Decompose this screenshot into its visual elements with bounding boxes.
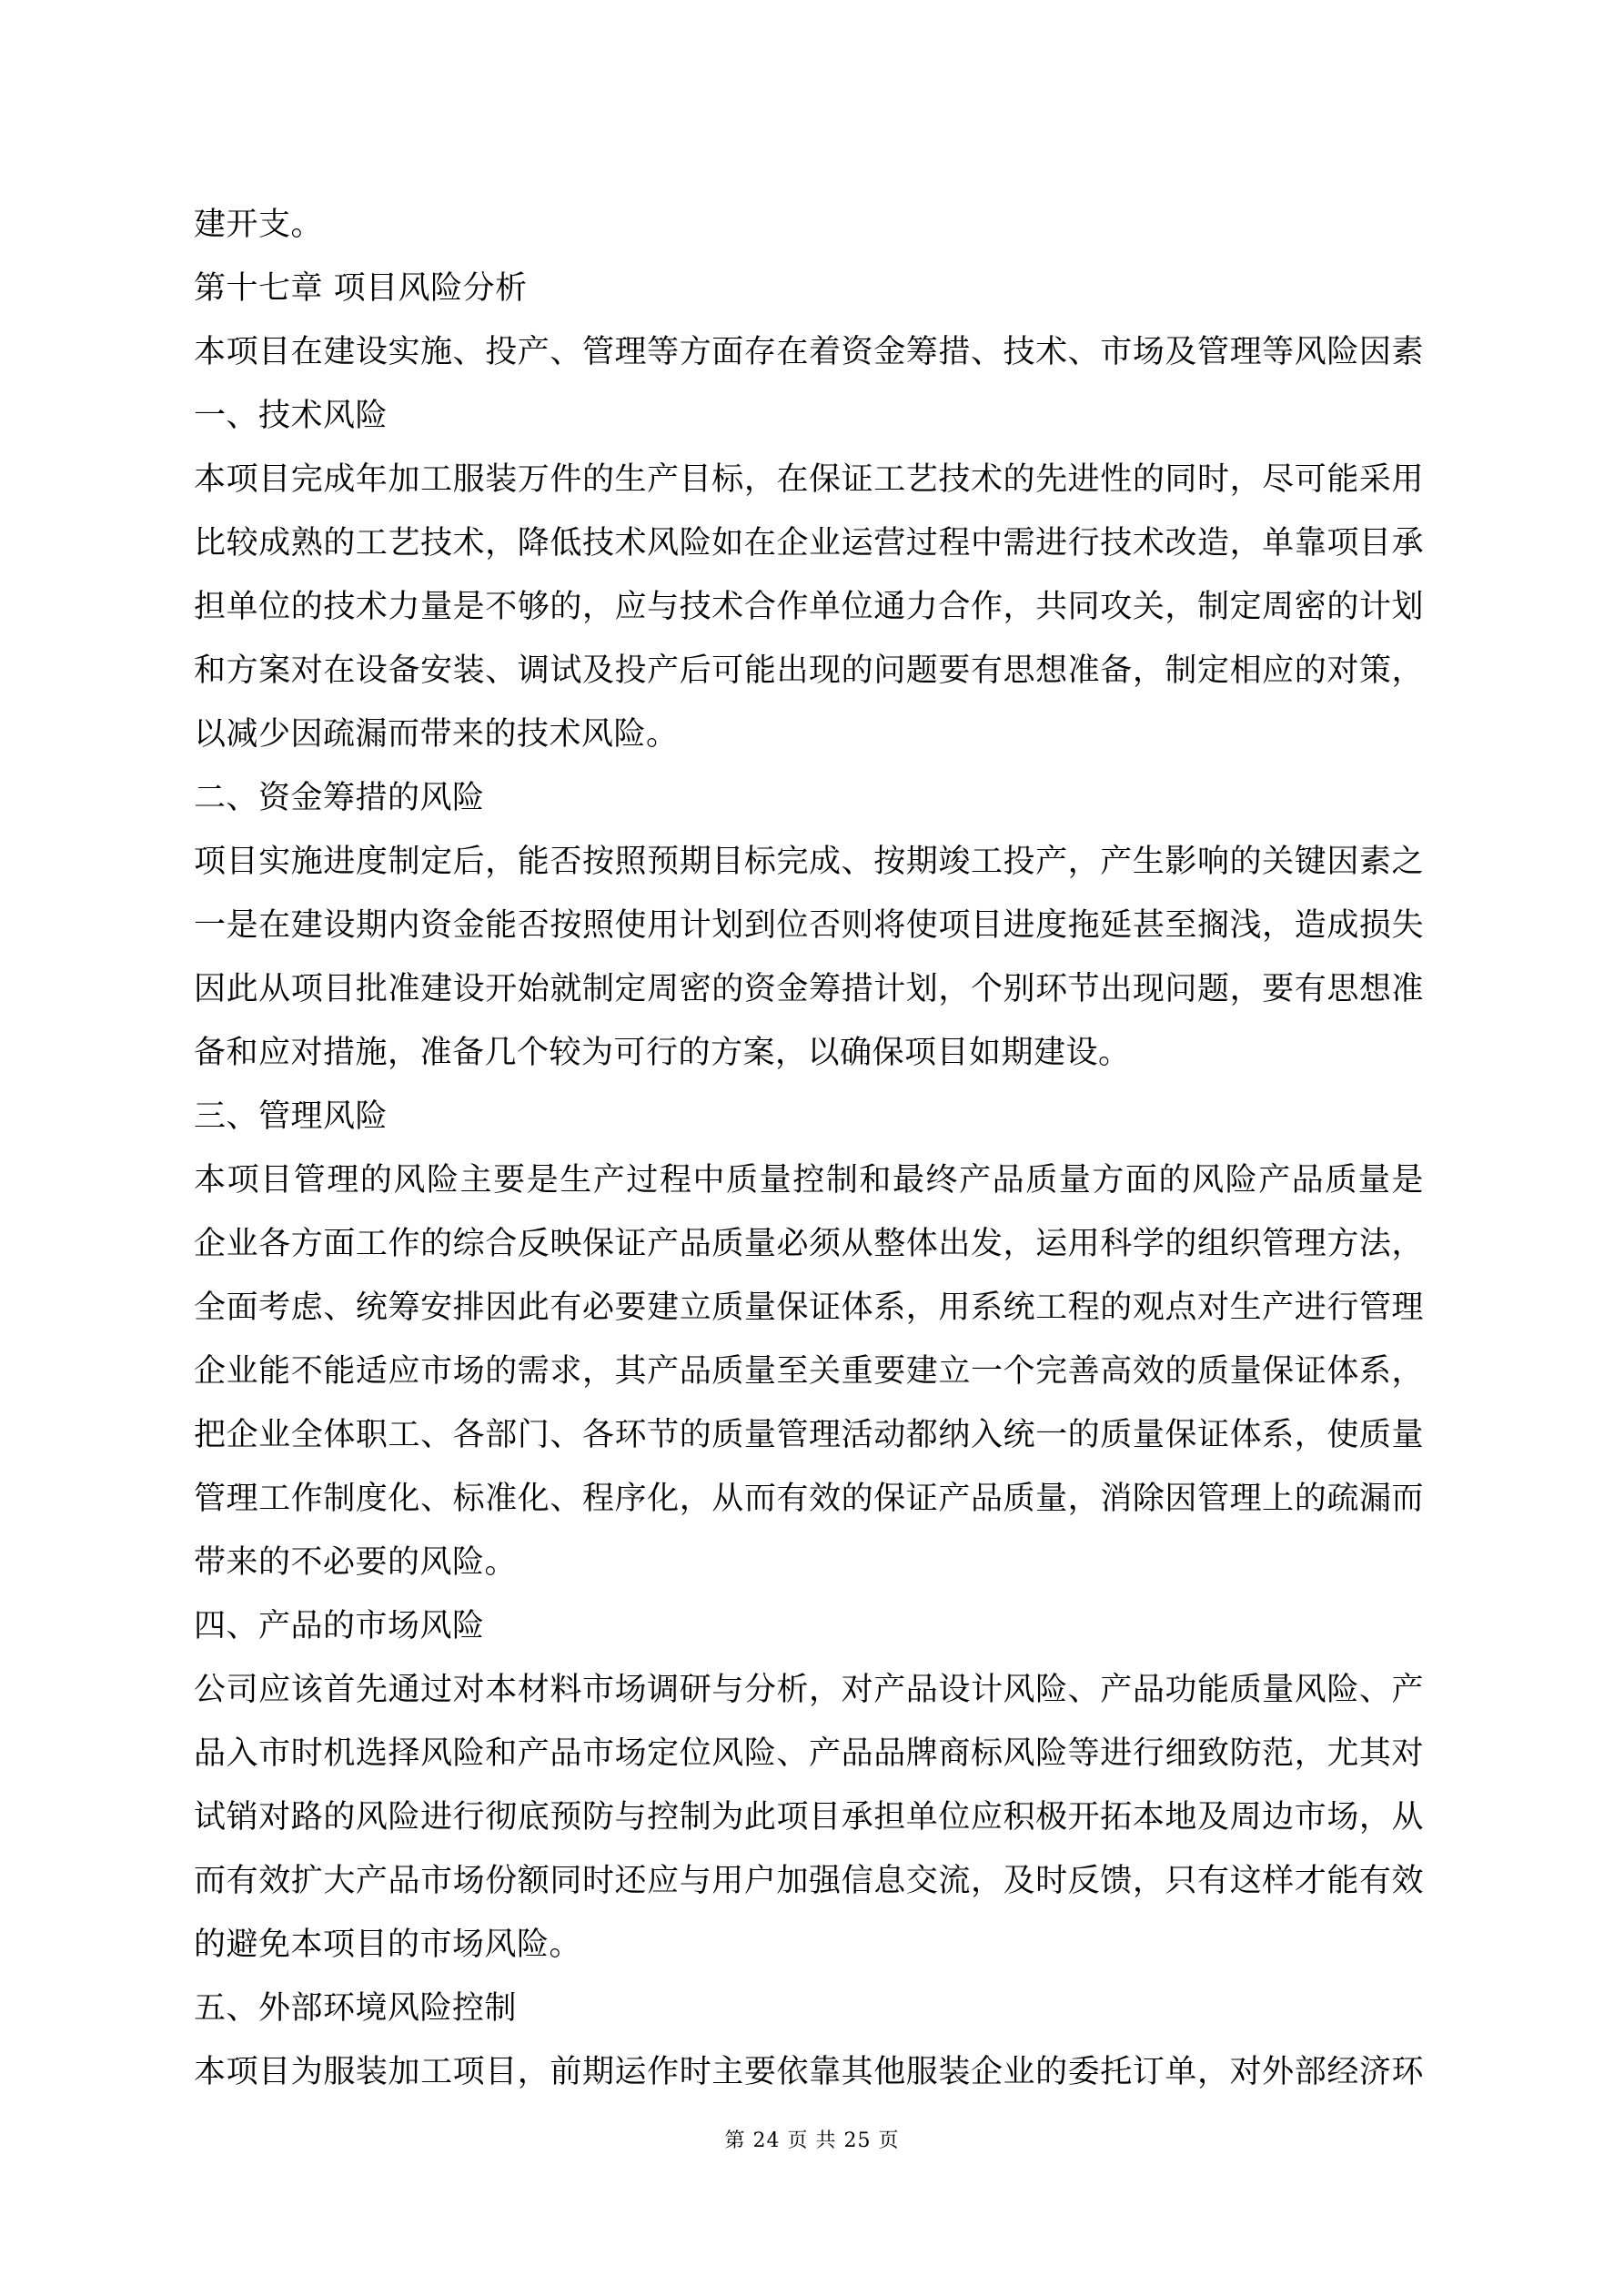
text-line: 而有效扩大产品市场份额同时还应与用户加强信息交流，及时反馈，只有这样才能有效 bbox=[194, 1849, 1424, 1913]
text-line: 本项目为服装加工项目，前期运作时主要依靠其他服装企业的委托订单，对外部经济环 bbox=[194, 2040, 1424, 2104]
page-footer: 第 24 页 共 25 页 bbox=[0, 2126, 1624, 2157]
text-line: 四、产品的市场风险 bbox=[194, 1594, 1424, 1658]
text-line: 本项目管理的风险主要是生产过程中质量控制和最终产品质量方面的风险产品质量是 bbox=[194, 1148, 1424, 1212]
text-line: 品入市时机选择风险和产品市场定位风险、产品品牌商标风险等进行细致防范，尤其对 bbox=[194, 1722, 1424, 1785]
text-line: 担单位的技术力量是不够的，应与技术合作单位通力合作，共同攻关，制定周密的计划 bbox=[194, 575, 1424, 639]
text-line: 本项目完成年加工服装万件的生产目标，在保证工艺技术的先进性的同时，尽可能采用 bbox=[194, 448, 1424, 511]
text-line: 比较成熟的工艺技术，降低技术风险如在企业运营过程中需进行技术改造，单靠项目承 bbox=[194, 511, 1424, 575]
text-line: 一是在建设期内资金能否按照使用计划到位否则将使项目进度拖延甚至搁浅，造成损失 bbox=[194, 894, 1424, 957]
document-page: 建开支。第十七章 项目风险分析本项目在建设实施、投产、管理等方面存在着资金筹措、… bbox=[0, 0, 1624, 2296]
text-line: 带来的不必要的风险。 bbox=[194, 1531, 1424, 1594]
text-line: 管理工作制度化、标准化、程序化，从而有效的保证产品质量，消除因管理上的疏漏而 bbox=[194, 1467, 1424, 1531]
text-line: 三、管理风险 bbox=[194, 1085, 1424, 1148]
text-line: 五、外部环境风险控制 bbox=[194, 1977, 1424, 2040]
text-line: 企业各方面工作的综合反映保证产品质量必须从整体出发，运用科学的组织管理方法， bbox=[194, 1212, 1424, 1276]
text-line: 的避免本项目的市场风险。 bbox=[194, 1913, 1424, 1977]
text-line: 全面考虑、统筹安排因此有必要建立质量保证体系，用系统工程的观点对生产进行管理 bbox=[194, 1276, 1424, 1340]
text-line: 试销对路的风险进行彻底预防与控制为此项目承担单位应积极开拓本地及周边市场，从 bbox=[194, 1785, 1424, 1849]
text-line: 备和应对措施，准备几个较为可行的方案，以确保项目如期建设。 bbox=[194, 1021, 1424, 1085]
text-line: 企业能不能适应市场的需求，其产品质量至关重要建立一个完善高效的质量保证体系， bbox=[194, 1340, 1424, 1403]
text-line: 本项目在建设实施、投产、管理等方面存在着资金筹措、技术、市场及管理等风险因素 bbox=[194, 320, 1424, 384]
text-line: 以减少因疏漏而带来的技术风险。 bbox=[194, 703, 1424, 766]
text-block: 建开支。第十七章 项目风险分析本项目在建设实施、投产、管理等方面存在着资金筹措、… bbox=[194, 193, 1424, 2104]
text-line: 公司应该首先通过对本材料市场调研与分析，对产品设计风险、产品功能质量风险、产 bbox=[194, 1658, 1424, 1722]
text-line: 建开支。 bbox=[194, 193, 1424, 257]
text-line: 把企业全体职工、各部门、各环节的质量管理活动都纳入统一的质量保证体系，使质量 bbox=[194, 1403, 1424, 1467]
text-line: 项目实施进度制定后，能否按照预期目标完成、按期竣工投产，产生影响的关键因素之 bbox=[194, 830, 1424, 894]
text-line: 二、资金筹措的风险 bbox=[194, 766, 1424, 830]
text-line: 和方案对在设备安装、调试及投产后可能出现的问题要有思想准备，制定相应的对策， bbox=[194, 639, 1424, 703]
text-line: 第十七章 项目风险分析 bbox=[194, 257, 1424, 320]
text-line: 因此从项目批准建设开始就制定周密的资金筹措计划，个别环节出现问题，要有思想准 bbox=[194, 957, 1424, 1021]
text-line: 一、技术风险 bbox=[194, 384, 1424, 448]
